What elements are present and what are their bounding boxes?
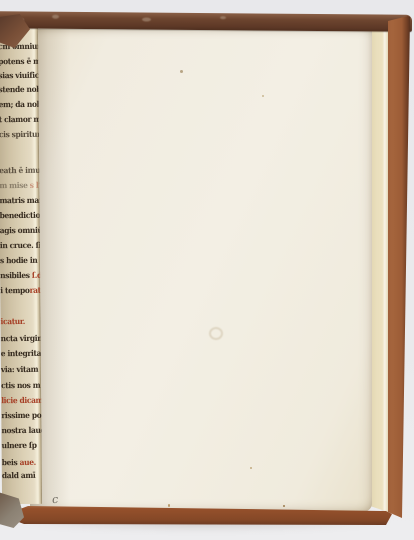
manuscript-text-line: in cruce. ſi bbox=[0, 241, 41, 250]
manuscript-text-line: m mise s l’ bbox=[0, 181, 41, 190]
manuscript-text-line: matris mari bbox=[0, 196, 41, 205]
manuscript-text-line: nsibiles ſ.d bbox=[0, 271, 41, 280]
manuscript-text-line: licie dicam bbox=[1, 396, 42, 405]
manuscript-text-line: nostra laud bbox=[1, 426, 42, 435]
manuscript-text-line: benediction bbox=[0, 211, 41, 220]
top-cover-leather-edge bbox=[0, 11, 412, 32]
manuscript-text-line: t clamor meu bbox=[0, 115, 40, 124]
manuscript-text-line: s hodie in bbox=[0, 256, 41, 265]
manuscript-text-line: i temporat bbox=[0, 286, 41, 295]
manuscript-text-line: ulnere ſp bbox=[2, 441, 43, 450]
paper-speck bbox=[180, 70, 183, 73]
paper-speck bbox=[250, 467, 252, 469]
paper-speck bbox=[283, 505, 285, 507]
dust-speck bbox=[142, 17, 151, 21]
manuscript-text-line: rissime po bbox=[1, 411, 42, 420]
signature-mark: c bbox=[51, 493, 58, 507]
paper-speck bbox=[262, 95, 264, 97]
dust-speck bbox=[220, 16, 226, 19]
manuscript-text-line: via: vitam bbox=[1, 365, 42, 374]
manuscript-text-line: e integrita bbox=[1, 349, 42, 358]
manuscript-text-line: em; da nobis bbox=[0, 100, 40, 109]
manuscript-text-line: icatur. bbox=[0, 317, 41, 326]
dust-speck bbox=[52, 15, 59, 19]
page-stain bbox=[209, 327, 223, 340]
manuscript-text-line: stende nobis d bbox=[0, 85, 40, 94]
manuscript-text-line: ncta virgin bbox=[1, 334, 42, 343]
manuscript-text-column: cm omnium pepotens ē misisias viuificati… bbox=[0, 26, 42, 504]
manuscript-text-line: ctis nos m bbox=[1, 381, 42, 390]
manuscript-text-line: eath ē imu bbox=[0, 166, 41, 175]
manuscript-text-line: agis omniū bbox=[0, 226, 41, 235]
manuscript-text-line: beis aue. bbox=[2, 458, 42, 467]
manuscript-text-line: dald amī bbox=[2, 471, 42, 480]
paper-speck bbox=[168, 504, 170, 507]
blank-page bbox=[30, 29, 372, 512]
manuscript-text-line: cis spiritum bbox=[0, 130, 40, 139]
manuscript-text-line: sias viuificati bbox=[0, 71, 40, 80]
manuscript-text-line: potens ē misi bbox=[0, 57, 40, 66]
